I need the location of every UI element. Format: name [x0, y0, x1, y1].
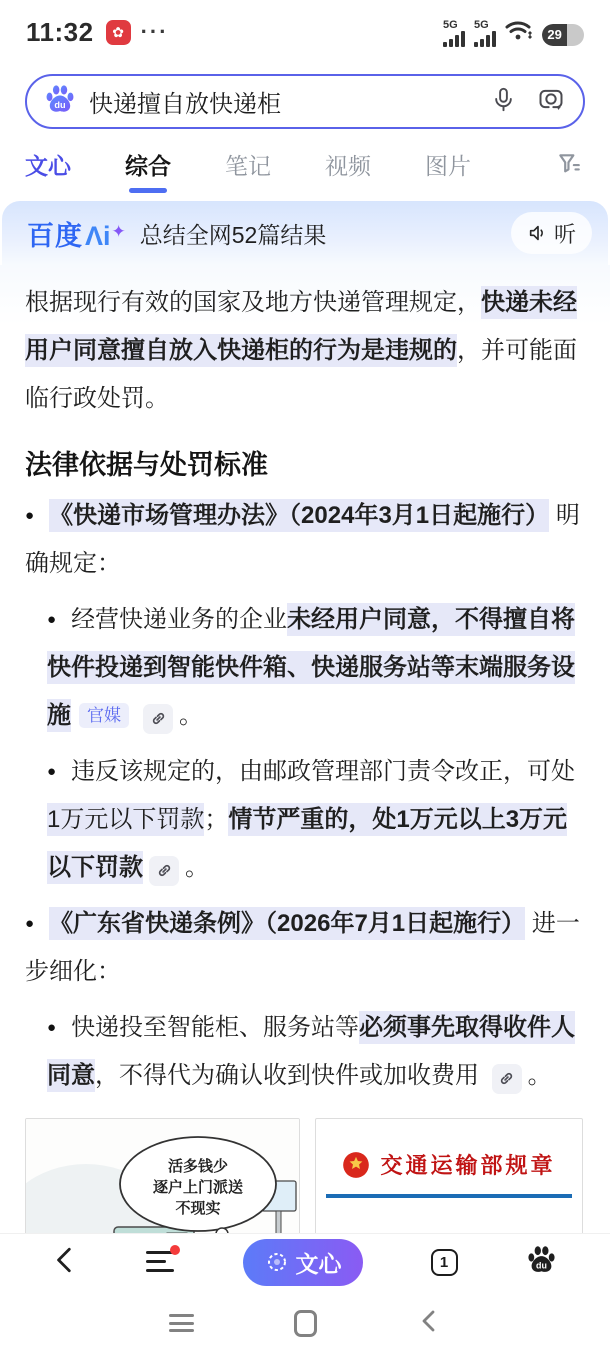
bullet-icon: ●: [25, 507, 34, 524]
svg-text:du: du: [536, 1260, 547, 1270]
system-back-icon[interactable]: [417, 1307, 441, 1340]
bullet-icon: ●: [47, 1019, 56, 1036]
tab-biji[interactable]: 笔记: [225, 148, 271, 195]
more-notifications-icon: ···: [141, 19, 169, 45]
tab-wenxin[interactable]: 文心: [25, 148, 71, 195]
filter-icon[interactable]: [556, 151, 582, 192]
text-segment: 。: [528, 1062, 552, 1089]
text-segment: 《广东省快递条例》（2026年7月1日起施行）: [49, 907, 525, 940]
back-icon[interactable]: [52, 1245, 78, 1280]
text-segment: 违反该规定的，由邮政管理部门责令改正，可处: [71, 758, 575, 785]
ai-summary-title: 总结全网52篇结果: [140, 217, 327, 250]
bullet-icon: ●: [47, 763, 56, 780]
battery-percent: 29: [542, 24, 567, 46]
text-segment: 经营快递业务的企业: [71, 606, 287, 633]
menu-icon[interactable]: [146, 1251, 176, 1273]
battery-icon: 29: [542, 24, 584, 46]
intro-paragraph: 根据现行有效的国家及地方快递管理规定，快递未经用户同意擅自放入快递柜的行为是违规…: [25, 279, 585, 423]
svg-text:逐户上门派送: 逐户上门派送: [152, 1178, 243, 1196]
signal-5g-icon-2: 5G: [474, 20, 496, 47]
result-tabs: 文心 综合 笔记 视频 图片: [0, 137, 610, 195]
list-item: ●《快递市场管理办法》（2024年3月1日起施行） 明确规定：: [25, 492, 585, 588]
link-icon[interactable]: [149, 856, 179, 886]
list-item: ●《广东省快递条例》（2026年7月1日起施行） 进一步细化：: [25, 900, 585, 996]
svg-text:du: du: [54, 100, 65, 110]
sparkle-icon: ✦: [112, 222, 126, 242]
system-nav-bar: [0, 1290, 610, 1356]
wenxin-spark-icon: [265, 1250, 289, 1274]
search-area: du 快递擅自放快递柜: [0, 58, 610, 137]
tab-shipin[interactable]: 视频: [325, 148, 371, 195]
speaker-icon: [527, 222, 549, 244]
bullet-icon: ●: [47, 611, 56, 628]
search-input[interactable]: du 快递擅自放快递柜: [25, 74, 585, 129]
status-bar: 11:32 ✿ ··· 5G 5G 29: [0, 0, 610, 58]
text-segment: 根据现行有效的国家及地方快递管理规定，: [25, 289, 481, 316]
link-icon[interactable]: [492, 1064, 522, 1094]
baidu-paw-logo-icon: du: [43, 82, 77, 121]
notification-app-icon: ✿: [106, 20, 131, 45]
text-segment: 《快递市场管理办法》（2024年3月1日起施行）: [49, 499, 549, 532]
app-bottom-nav: 文心 1 du: [0, 1233, 610, 1290]
search-query-text[interactable]: 快递擅自放快递柜: [89, 84, 490, 119]
text-segment: ，不得代为确认收到快件或加收费用: [95, 1062, 486, 1089]
text-segment: ；: [204, 806, 228, 833]
svg-text:活多钱少: 活多钱少: [168, 1157, 228, 1175]
ai-summary-banner: 百度 Λi ✦ 总结全网52篇结果 听: [2, 201, 608, 265]
listen-button[interactable]: 听: [511, 212, 592, 254]
tab-counter[interactable]: 1: [431, 1249, 458, 1276]
home-icon[interactable]: [294, 1310, 317, 1337]
signal-5g-icon-1: 5G: [443, 20, 465, 47]
section-heading: 法律依据与处罚标准: [25, 443, 585, 482]
list-item: ●违反该规定的，由邮政管理部门责令改正，可处1万元以下罚款；情节严重的，处1万元…: [47, 748, 585, 892]
wifi-icon: [505, 18, 533, 47]
svg-text:不现实: 不现实: [175, 1199, 220, 1217]
notification-dot: [170, 1245, 180, 1255]
list-item: ●快递投至智能柜、服务站等必须事先取得收件人同意，不得代为确认收到快件或加收费用…: [47, 1004, 585, 1100]
bullet-icon: ●: [25, 915, 34, 932]
tab-zonghe[interactable]: 综合: [125, 148, 171, 195]
source-badge[interactable]: 官媒: [79, 703, 129, 728]
divider: [326, 1194, 572, 1198]
recent-apps-icon[interactable]: [169, 1310, 194, 1337]
baidu-ai-logo: 百度 Λi ✦: [27, 214, 126, 253]
tab-tupian[interactable]: 图片: [425, 148, 471, 195]
voice-search-icon[interactable]: [490, 86, 517, 118]
national-emblem-icon: [342, 1151, 370, 1179]
list-item: ●经营快递业务的企业未经用户同意，不得擅自将快件投递到智能快件箱、快递服务站等末…: [47, 596, 585, 740]
clock: 11:32: [26, 17, 94, 48]
document-header: 交通运输部规章: [316, 1149, 582, 1180]
text-segment: 快递投至智能柜、服务站等: [71, 1014, 359, 1041]
camera-search-icon[interactable]: [537, 85, 565, 118]
baidu-home-paw-icon[interactable]: du: [525, 1243, 558, 1281]
wenxin-button[interactable]: 文心: [243, 1239, 363, 1286]
link-icon[interactable]: [143, 704, 173, 734]
baidu-search-app: 11:32 ✿ ··· 5G 5G 29: [0, 0, 610, 1356]
text-segment: 1万元以下罚款: [47, 803, 204, 836]
text-segment: 。: [179, 702, 203, 729]
text-segment: 。: [185, 854, 209, 881]
ai-summary-content: 根据现行有效的国家及地方快递管理规定，快递未经用户同意擅自放入快递柜的行为是违规…: [0, 265, 610, 1100]
